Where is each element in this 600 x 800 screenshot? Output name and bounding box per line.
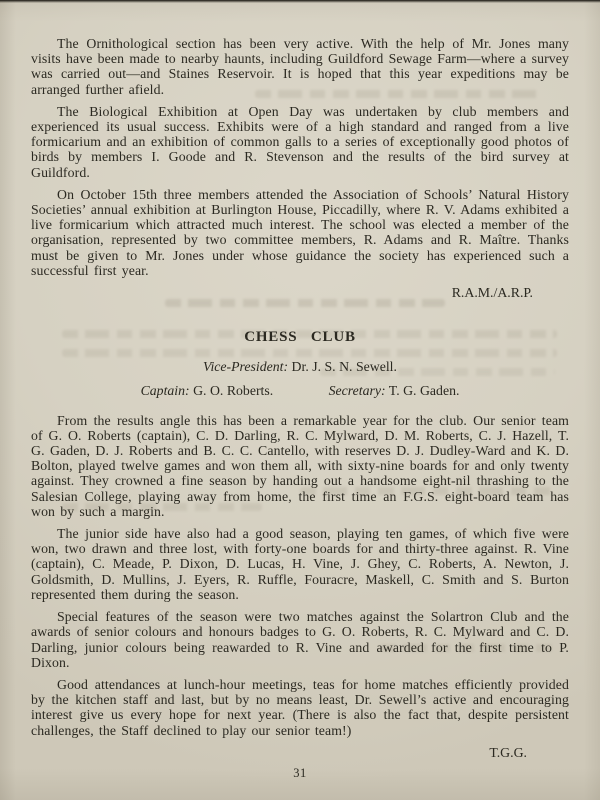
captain-entry: Captain: G. O. Roberts. (141, 383, 277, 398)
chess-paragraph-1: From the results angle this has been a r… (31, 413, 569, 519)
captain-name: G. O. Roberts. (193, 383, 273, 398)
ornithology-report-section: The Ornithological section has been very… (31, 36, 569, 300)
captain-label: Captain: (141, 383, 190, 398)
secretary-label: Secretary: (329, 383, 386, 398)
chess-club-section: CHESS CLUB Vice-President: Dr. J. S. N. … (31, 329, 569, 760)
scan-edge-shadow (0, 0, 600, 3)
chess-paragraph-3: Special features of the season were two … (31, 609, 569, 670)
chess-club-title: CHESS CLUB (31, 329, 569, 346)
ornithology-paragraph-3: On October 15th three members attended t… (31, 187, 569, 278)
chess-signature: T.G.G. (31, 745, 569, 760)
ornithology-paragraph-2: The Biological Exhibition at Open Day wa… (31, 104, 569, 180)
captain-secretary-line: Captain: G. O. Roberts. Secretary: T. G.… (31, 383, 569, 398)
ornithology-signature: R.A.M./A.R.P. (31, 285, 569, 300)
secretary-entry: Secretary: T. G. Gaden. (329, 383, 460, 398)
chess-paragraph-4: Good attendances at lunch-hour meetings,… (31, 677, 569, 738)
ornithology-paragraph-1: The Ornithological section has been very… (31, 36, 569, 97)
scanned-magazine-page: The Ornithological section has been very… (0, 0, 600, 800)
chess-club-officers: Vice-President: Dr. J. S. N. Sewell. Cap… (31, 359, 569, 398)
vice-president-line: Vice-President: Dr. J. S. N. Sewell. (31, 359, 569, 374)
secretary-name: T. G. Gaden. (389, 383, 460, 398)
page-content: The Ornithological section has been very… (31, 36, 569, 781)
page-number: 31 (31, 766, 569, 781)
vice-president-name: Dr. J. S. N. Sewell. (292, 359, 397, 374)
chess-paragraph-2: The junior side have also had a good sea… (31, 526, 569, 602)
vice-president-label: Vice-President: (203, 359, 288, 374)
